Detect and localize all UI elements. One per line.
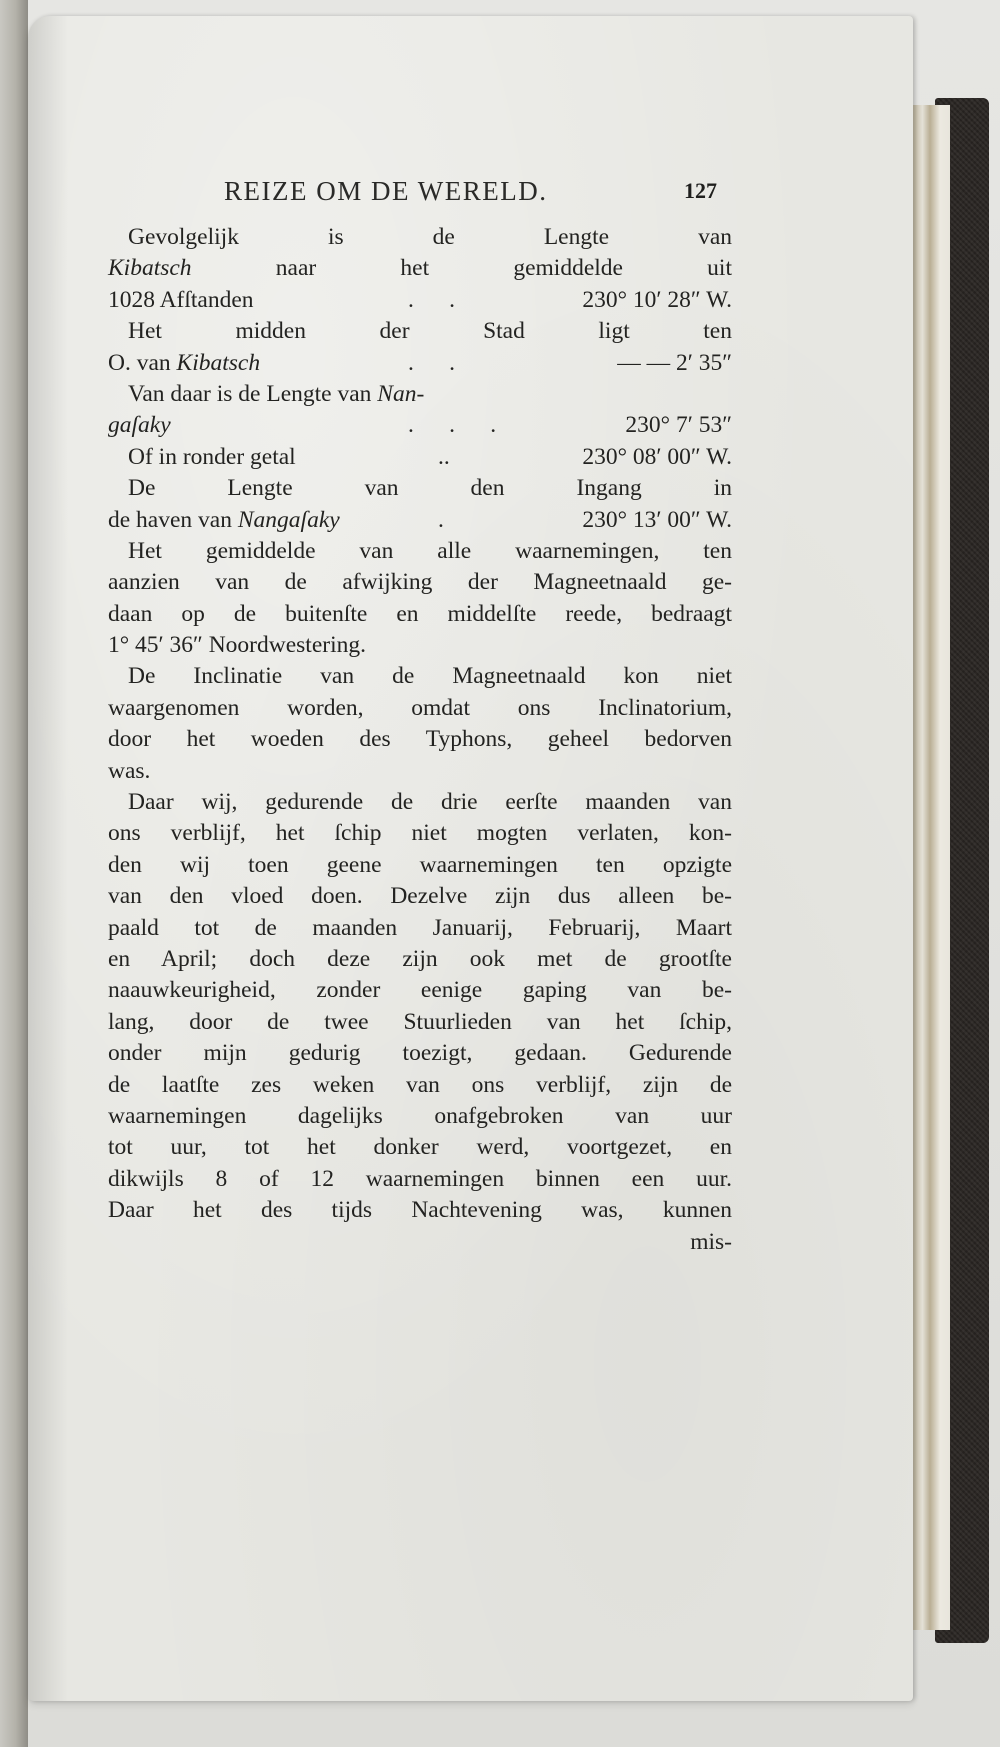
line-text: Het gemiddelde van alle waarnemingen, te… [128, 538, 732, 564]
text-line: daan op de buitenſte en middelſte reede,… [108, 599, 732, 630]
text-line: en April; doch deze zijn ook met de groo… [108, 944, 732, 975]
italic-place-name: Nangaſaky [238, 507, 340, 533]
line-text: ons verblijf, het ſchip niet mogten verl… [108, 820, 732, 846]
text-line: de laatſte zes weken van ons verblijf, z… [108, 1070, 732, 1101]
line-text: waarnemingen dagelijks onafgebroken van … [108, 1103, 732, 1129]
line-text: dikwijls 8 of 12 waarnemingen binnen een… [108, 1166, 732, 1192]
text-line: den wij toen geene waarnemingen ten opzi… [108, 850, 732, 881]
line-text: en April; doch deze zijn ook met de groo… [108, 946, 732, 972]
text-line: waargenomen worden, omdat ons Inclinator… [108, 693, 732, 724]
leader-dots: . . [408, 348, 455, 379]
text-line: O. van Kibatsch. .— — 2′ 35″ [108, 348, 732, 379]
line-text: Daar wij, gedurende de drie eerſte maand… [128, 789, 732, 815]
line-text: onder mijn gedurig toezigt, gedaan. Gedu… [108, 1040, 732, 1066]
longitude-value: 230° 08′ 00″ W. [582, 442, 732, 473]
text-line: naauwkeurigheid, zonder eenige gaping va… [108, 975, 732, 1006]
line-text: De Inclinatie van de Magneetnaald kon ni… [128, 663, 732, 689]
line-text: de laatſte zes weken van ons verblijf, z… [108, 1072, 732, 1098]
text-line: De Inclinatie van de Magneetnaald kon ni… [108, 661, 732, 692]
text-line: Gevolgelijk is de Lengte van [108, 222, 732, 253]
text-line: De Lengte van den Ingang in [108, 473, 732, 504]
line-text: door het woeden des Typhons, geheel bedo… [108, 726, 732, 752]
facing-page-edge [0, 0, 28, 1747]
text-line: onder mijn gedurig toezigt, gedaan. Gedu… [108, 1038, 732, 1069]
text-line: 1° 45′ 36″ Noordwestering. [108, 630, 732, 661]
text-line: dikwijls 8 of 12 waarnemingen binnen een… [108, 1164, 732, 1195]
running-title: REIZE OM DE WERELD. [224, 176, 547, 207]
line-prefix: O. van [108, 350, 177, 376]
leader-dots: .. [438, 442, 450, 473]
italic-place-name: Kibatsch [108, 255, 192, 281]
longitude-value: — — 2′ 35″ [617, 348, 732, 379]
line-text: Gevolgelijk is de Lengte van [128, 224, 732, 250]
line-text: naar het gemiddelde uit [192, 255, 732, 281]
text-line: de haven van Nangaſaky.230° 13′ 00″ W. [108, 505, 732, 536]
text-line: ons verblijf, het ſchip niet mogten verl… [108, 818, 732, 849]
line-text: De Lengte van den Ingang in [128, 475, 732, 501]
line-text: paald tot de maanden Januarij, Februarij… [108, 915, 732, 941]
line-text: Of in ronder getal [128, 444, 296, 470]
text-line: Of in ronder getal..230° 08′ 00″ W. [108, 442, 732, 473]
line-text: 1° 45′ 36″ Noordwestering. [108, 632, 366, 658]
line-text: Van daar is de Lengte van [128, 381, 377, 407]
text-line: door het woeden des Typhons, geheel bedo… [108, 724, 732, 755]
text-line: Het midden der Stad ligt ten [108, 316, 732, 347]
catchword-line: mis- [108, 1227, 732, 1258]
running-head: REIZE OM DE WERELD. 127 [196, 176, 736, 216]
text-line: gaſaky. . .230° 7′ 53″ [108, 410, 732, 441]
text-line: van den vloed doen. Dezelve zijn dus all… [108, 881, 732, 912]
longitude-value: 230° 13′ 00″ W. [582, 505, 732, 536]
text-line: Kibatsch naar het gemiddelde uit [108, 253, 732, 284]
line-text: naauwkeurigheid, zonder eenige gaping va… [108, 977, 732, 1003]
italic-place-name: Nan- [377, 381, 424, 407]
line-text: Het midden der Stad ligt ten [128, 318, 732, 344]
page-number: 127 [684, 178, 717, 204]
line-prefix: de haven van [108, 507, 238, 533]
text-line: was. [108, 756, 732, 787]
italic-place-name: Kibatsch [177, 350, 261, 376]
line-text: den wij toen geene waarnemingen ten opzi… [108, 852, 732, 878]
line-text: waargenomen worden, omdat ons Inclinator… [108, 695, 732, 721]
text-line: aanzien van de afwijking der Magneetnaal… [108, 567, 732, 598]
text-line: 1028 Afſtanden. .230° 10′ 28″ W. [108, 285, 732, 316]
text-line: Het gemiddelde van alle waarnemingen, te… [108, 536, 732, 567]
text-line: Daar het des tijds Nachtevening was, kun… [108, 1195, 732, 1226]
text-line: tot uur, tot het donker werd, voortgezet… [108, 1132, 732, 1163]
line-text: 1028 Afſtanden [108, 287, 254, 313]
longitude-value: 230° 7′ 53″ [625, 410, 732, 441]
italic-place-name: gaſaky [108, 412, 171, 438]
longitude-value: 230° 10′ 28″ W. [582, 285, 732, 316]
leader-dots: . [438, 505, 444, 536]
line-text: aanzien van de afwijking der Magneetnaal… [108, 569, 732, 595]
line-text: was. [108, 758, 150, 784]
text-line: waarnemingen dagelijks onafgebroken van … [108, 1101, 732, 1132]
line-text: van den vloed doen. Dezelve zijn dus all… [108, 883, 732, 909]
line-text: Daar het des tijds Nachtevening was, kun… [108, 1197, 732, 1223]
leader-dots: . . [408, 285, 455, 316]
leader-dots: . . . [408, 410, 496, 441]
body-text: Gevolgelijk is de Lengte vanKibatsch naa… [108, 222, 732, 1258]
text-line: Van daar is de Lengte van Nan- [108, 379, 732, 410]
text-line: Daar wij, gedurende de drie eerſte maand… [108, 787, 732, 818]
gutter-shadow [28, 16, 68, 1701]
line-text: tot uur, tot het donker werd, voortgezet… [108, 1134, 732, 1160]
text-line: paald tot de maanden Januarij, Februarij… [108, 913, 732, 944]
catchword: mis- [690, 1227, 732, 1258]
line-text: lang, door de twee Stuurlieden van het ſ… [108, 1009, 732, 1035]
text-line: lang, door de twee Stuurlieden van het ſ… [108, 1007, 732, 1038]
line-text: daan op de buitenſte en middelſte reede,… [108, 601, 732, 627]
